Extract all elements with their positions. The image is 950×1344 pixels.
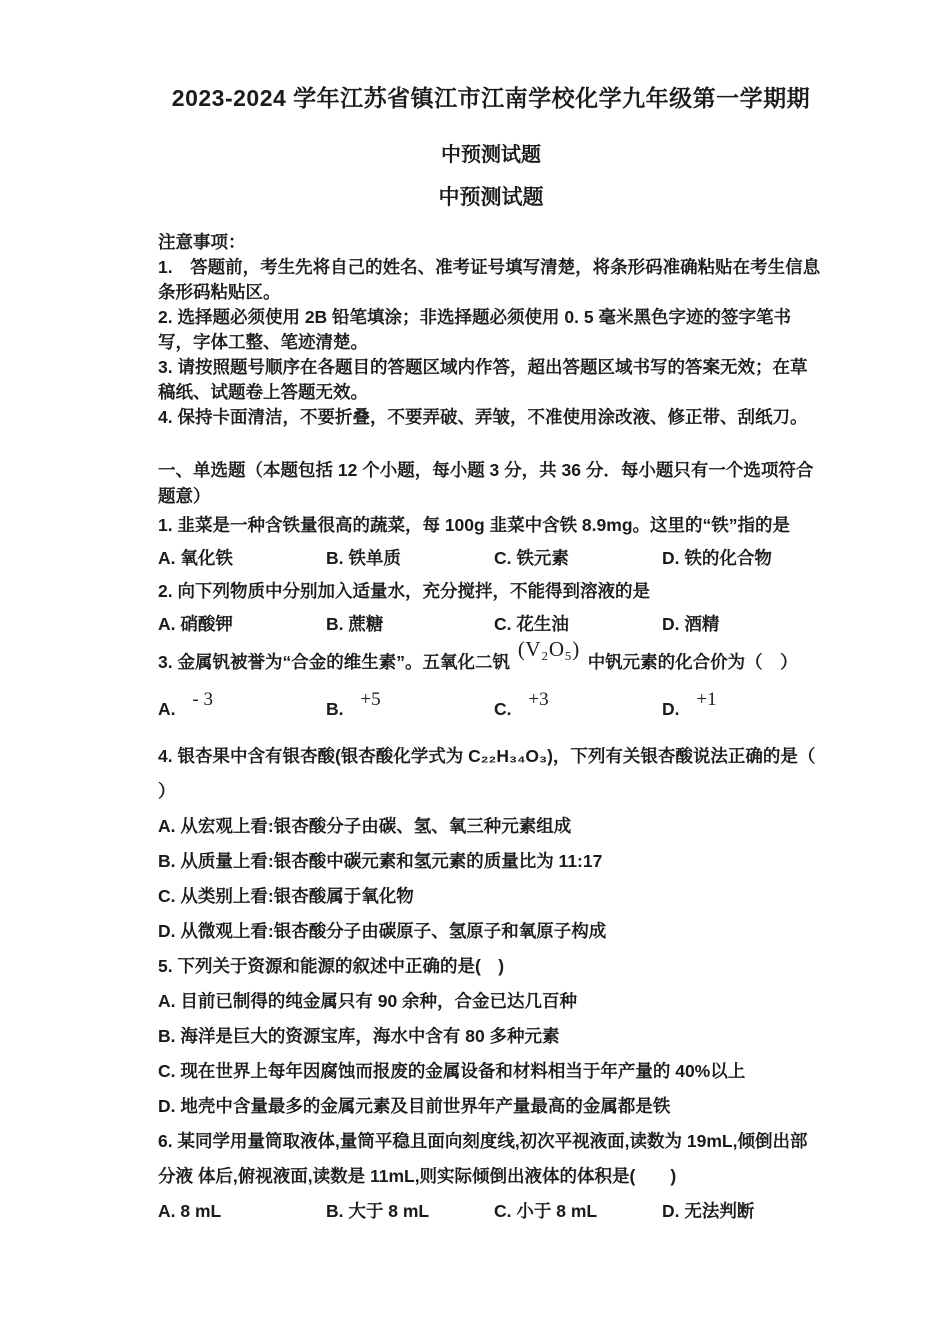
question-5: 5. 下列关于资源和能源的叙述中正确的是( ) A. 目前已制得的纯金属只有 9… [158, 949, 824, 1124]
question-3-option-a: A. - 3 [158, 692, 326, 727]
question-2: 2. 向下列物质中分别加入适量水，充分搅拌，不能得到溶液的是 A. 硝酸钾 B.… [158, 575, 824, 641]
question-3: 3. 金属钒被誉为“合金的维生素”。五氧化二钒 (V₂O₅) 中钒元素的化合价为… [158, 641, 824, 727]
question-3-option-c: C. +3 [494, 692, 662, 727]
question-2-option-d: D. 酒精 [662, 608, 824, 641]
question-1-option-c: C. 铁元素 [494, 542, 662, 575]
question-2-options: A. 硝酸钾 B. 蔗糖 C. 花生油 D. 酒精 [158, 608, 824, 641]
question-2-option-a: A. 硝酸钾 [158, 608, 326, 641]
question-6-option-d: D. 无法判断 [662, 1194, 824, 1229]
question-5-option-d: D. 地壳中含量最多的金属元素及目前世界年产量最高的金属都是铁 [158, 1089, 824, 1124]
question-6-options: A. 8 mL B. 大于 8 mL C. 小于 8 mL D. 无法判断 [158, 1194, 824, 1229]
question-3-stem-post: 中钒元素的化合价为（ ） [588, 652, 798, 672]
question-1-options: A. 氧化铁 B. 铁单质 C. 铁元素 D. 铁的化合物 [158, 542, 824, 575]
question-4-stem: 4. 银杏果中含有银杏酸(银杏酸化学式为 C₂₂H₃₄O₃)，下列有关银杏酸说法… [158, 739, 824, 774]
notice-section: 注意事项： 1. 答题前，考生先将自己的姓名、准考证号填写清楚，将条形码准确粘贴… [158, 230, 824, 430]
option-value: - 3 [192, 689, 213, 710]
question-2-stem: 2. 向下列物质中分别加入适量水，充分搅拌，不能得到溶液的是 [158, 575, 824, 608]
question-5-option-c: C. 现在世界上每年因腐蚀而报废的金属设备和材料相当于年产量的 40%以上 [158, 1054, 824, 1089]
question-1-option-b: B. 铁单质 [326, 542, 494, 575]
notice-item-2: 2. 选择题必须使用 2B 铅笔填涂；非选择题必须使用 0. 5 毫米黑色字迹的… [158, 305, 824, 355]
question-3-option-d: D. +1 [662, 692, 824, 727]
question-1-stem: 1. 韭菜是一种含铁量很高的蔬菜，每 100g 韭菜中含铁 8.9mg。这里的“… [158, 509, 824, 542]
exam-paper-content: 2023-2024 学年江苏省镇江市江南学校化学九年级第一学期期 中预测试题 中… [158, 84, 824, 1229]
option-value: +1 [696, 689, 716, 710]
document-title-line2: 中预测试题 [158, 142, 824, 168]
chemical-formula-v2o5: (V₂O₅) [515, 637, 583, 661]
question-4-stem-continuation: ） [158, 774, 824, 809]
option-key: C. [494, 699, 512, 719]
section-heading-single-choice: 一、单选题（本题包括 12 个小题，每小题 3 分，共 36 分．每小题只有一个… [158, 457, 824, 509]
question-1: 1. 韭菜是一种含铁量很高的蔬菜，每 100g 韭菜中含铁 8.9mg。这里的“… [158, 509, 824, 575]
question-4-option-b: B. 从质量上看:银杏酸中碳元素和氢元素的质量比为 11:17 [158, 844, 824, 879]
notice-item-3: 3. 请按照题号顺序在各题目的答题区域内作答，超出答题区域书写的答案无效；在草稿… [158, 355, 824, 405]
question-3-stem-pre: 3. 金属钒被誉为“合金的维生素”。五氧化二钒 [158, 652, 510, 672]
option-key: D. [662, 699, 680, 719]
question-4: 4. 银杏果中含有银杏酸(银杏酸化学式为 C₂₂H₃₄O₃)，下列有关银杏酸说法… [158, 739, 824, 949]
option-key: A. [158, 699, 176, 719]
question-6-option-b: B. 大于 8 mL [326, 1194, 494, 1229]
option-key: B. [326, 699, 344, 719]
question-5-option-b: B. 海洋是巨大的资源宝库，海水中含有 80 多种元素 [158, 1019, 824, 1054]
exam-paper-page: 2023-2024 学年江苏省镇江市江南学校化学九年级第一学期期 中预测试题 中… [0, 0, 950, 1344]
question-6-stem: 6. 某同学用量筒取液体,量筒平稳且面向刻度线,初次平视液面,读数为 19mL,… [158, 1124, 824, 1194]
option-value: +3 [528, 689, 548, 710]
question-1-option-a: A. 氧化铁 [158, 542, 326, 575]
notice-item-4: 4. 保持卡面清洁，不要折叠，不要弄破、弄皱，不准使用涂改液、修正带、刮纸刀。 [158, 405, 824, 430]
document-title-line3: 中预测试题 [158, 184, 824, 212]
question-6: 6. 某同学用量筒取液体,量筒平稳且面向刻度线,初次平视液面,读数为 19mL,… [158, 1124, 824, 1229]
notice-item-1: 1. 答题前，考生先将自己的姓名、准考证号填写清楚，将条形码准确粘贴在考生信息条… [158, 255, 824, 305]
question-4-option-a: A. 从宏观上看:银杏酸分子由碳、氢、氧三种元素组成 [158, 809, 824, 844]
question-3-options: A. - 3 B. +5 C. +3 D. +1 [158, 682, 824, 727]
questions-list: 1. 韭菜是一种含铁量很高的蔬菜，每 100g 韭菜中含铁 8.9mg。这里的“… [158, 509, 824, 1229]
question-6-option-a: A. 8 mL [158, 1194, 326, 1229]
question-4-option-d: D. 从微观上看:银杏酸分子由碳原子、氢原子和氧原子构成 [158, 914, 824, 949]
question-3-option-b: B. +5 [326, 692, 494, 727]
question-3-stem: 3. 金属钒被誉为“合金的维生素”。五氧化二钒 (V₂O₅) 中钒元素的化合价为… [158, 641, 824, 682]
question-5-option-a: A. 目前已制得的纯金属只有 90 余种，合金已达几百种 [158, 984, 824, 1019]
question-5-stem: 5. 下列关于资源和能源的叙述中正确的是( ) [158, 949, 824, 984]
question-6-option-c: C. 小于 8 mL [494, 1194, 662, 1229]
option-value: +5 [360, 689, 380, 710]
notice-heading: 注意事项： [158, 230, 824, 255]
question-1-option-d: D. 铁的化合物 [662, 542, 824, 575]
question-4-option-c: C. 从类别上看:银杏酸属于氧化物 [158, 879, 824, 914]
question-2-option-b: B. 蔗糖 [326, 608, 494, 641]
document-title-line1: 2023-2024 学年江苏省镇江市江南学校化学九年级第一学期期 [158, 84, 824, 112]
